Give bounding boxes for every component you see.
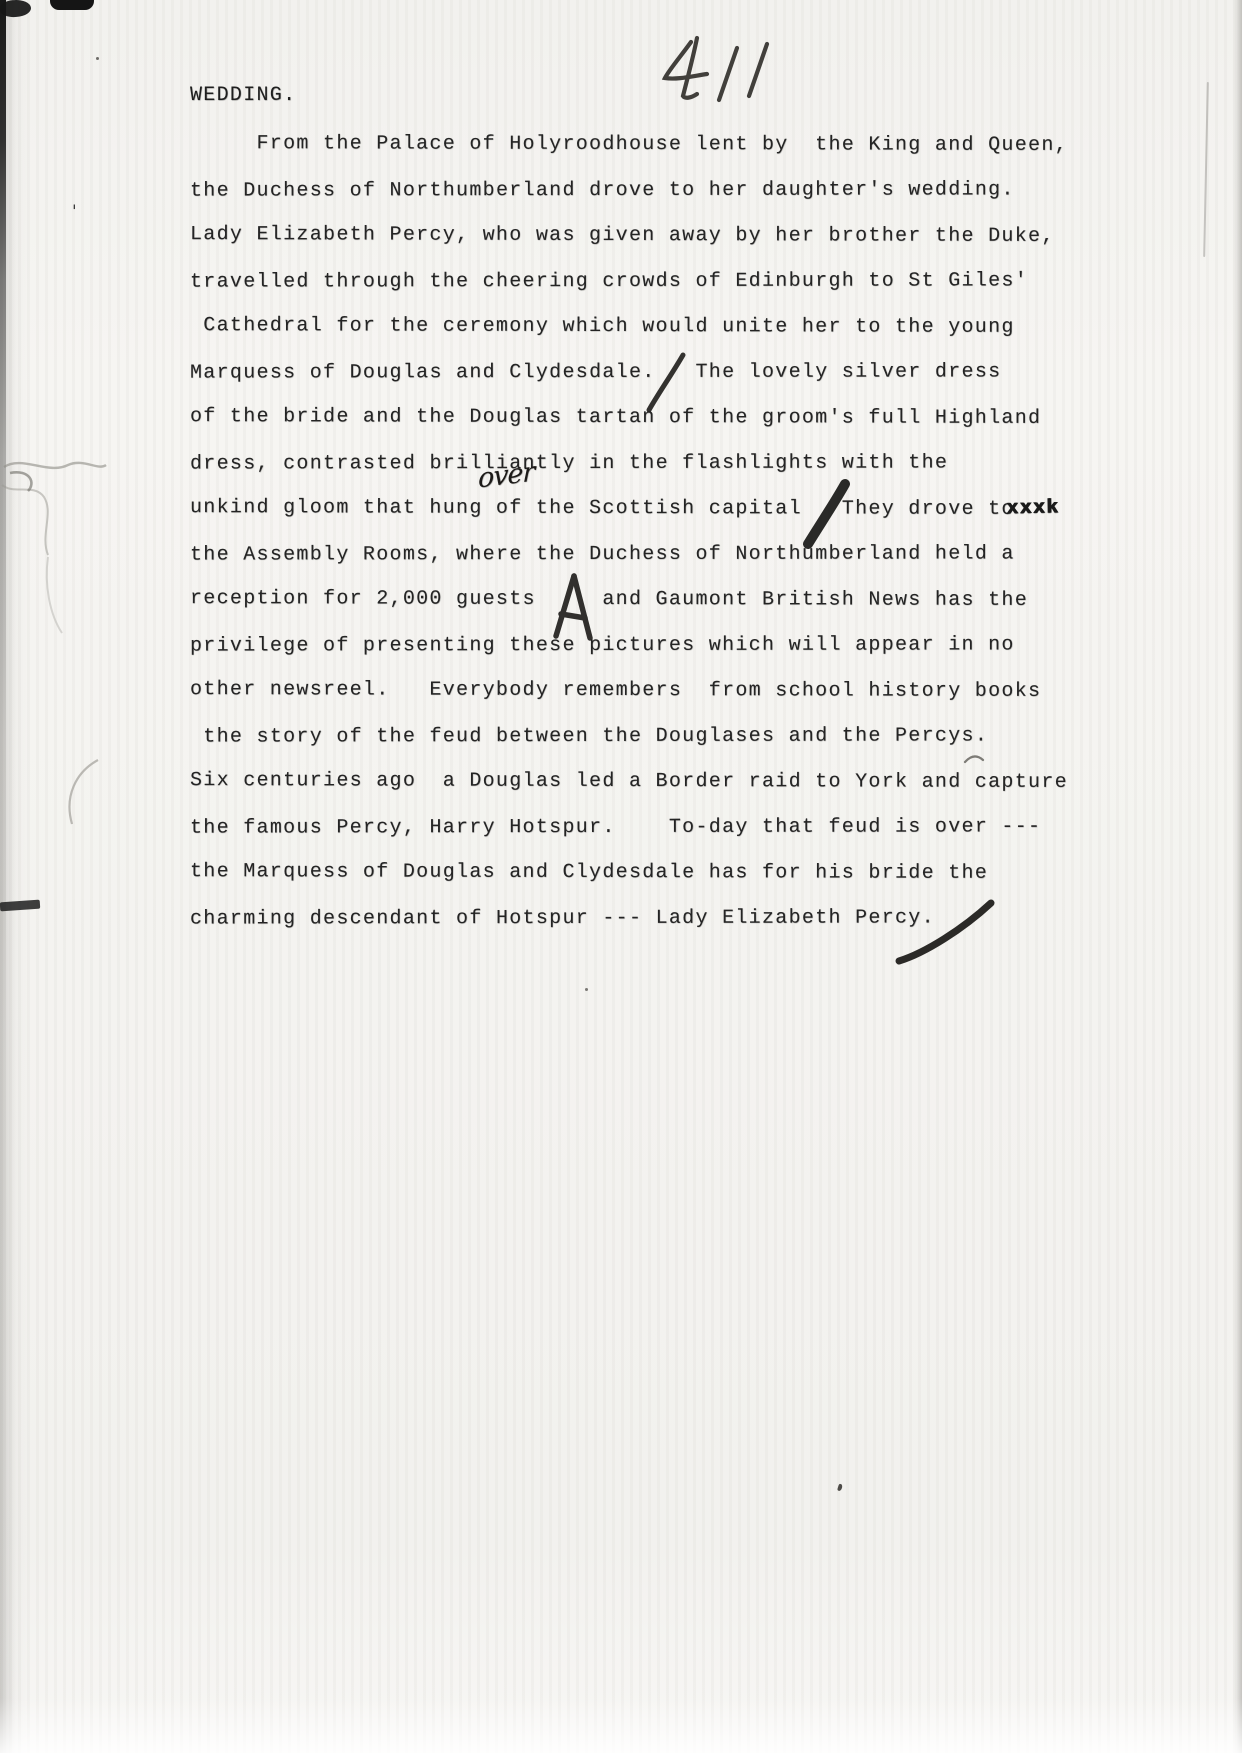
handwritten-page-number: [655, 28, 795, 114]
typed-line: charming descendant of Hotspur --- Lady …: [190, 906, 935, 931]
typed-line: travelled through the cheering crowds of…: [190, 269, 1028, 294]
top-edge-ink-blot: [50, 0, 94, 10]
typed-line: Marquess of Douglas and Clydesdale. The …: [190, 360, 1001, 385]
handwritten-slash-mark: [642, 350, 692, 416]
typed-line: the famous Percy, Harry Hotspur. To-day …: [190, 815, 1041, 840]
typed-line: other newsreel. Everybody remembers from…: [190, 678, 1041, 704]
typed-line: Six centuries ago a Douglas led a Border…: [190, 769, 1068, 795]
typed-line: unkind gloom that hung of the Scottish c…: [190, 496, 1015, 522]
left-edge-scan-line: [0, 0, 6, 1753]
typed-line: privilege of presenting these pictures w…: [190, 633, 1015, 658]
scanned-page: WEDDING. From the Palace of Holyroodhous…: [0, 0, 1242, 1753]
typed-line: the story of the feud between the Dougla…: [190, 724, 988, 749]
typed-line: the Marquess of Douglas and Clydesdale h…: [190, 860, 988, 886]
typed-line: From the Palace of Holyroodhouse lent by…: [190, 132, 1068, 158]
scan-speck: [585, 988, 588, 991]
typed-line: dress, contrasted brilliantly in the fla…: [190, 451, 948, 476]
right-fold-crease: [1203, 82, 1209, 257]
typed-line: reception for 2,000 guests and Gaumont B…: [190, 587, 1028, 613]
paper-tear-marks: [0, 425, 140, 660]
paper-tear-hook: [46, 752, 110, 838]
typed-line: of the bride and the Douglas tartan of t…: [190, 405, 1041, 431]
scan-speck: [837, 1484, 843, 1492]
ink-blot-strikeout: [0, 0, 32, 18]
scan-speck: [96, 57, 99, 60]
small-caret-mark: [963, 751, 985, 765]
typed-line: Cathedral for the ceremony which would u…: [190, 314, 1015, 340]
right-edge-shadow: [1235, 0, 1242, 1753]
margin-tick-mark: ': [72, 202, 77, 222]
typed-line: Lady Elizabeth Percy, who was given away…: [190, 223, 1055, 249]
handwritten-caret-mark: [546, 568, 602, 644]
document-title: WEDDING.: [190, 84, 296, 107]
typed-strikeover-letters: xxxk: [1006, 497, 1060, 521]
handwritten-inserted-word: over: [478, 456, 535, 494]
handwritten-bold-slash: [795, 476, 857, 554]
typed-line: the Assembly Rooms, where the Duchess of…: [190, 542, 1015, 567]
handwritten-flourish: [891, 897, 999, 967]
left-edge-tear-mark: [0, 900, 40, 912]
typed-line: the Duchess of Northumberland drove to h…: [190, 178, 1015, 203]
